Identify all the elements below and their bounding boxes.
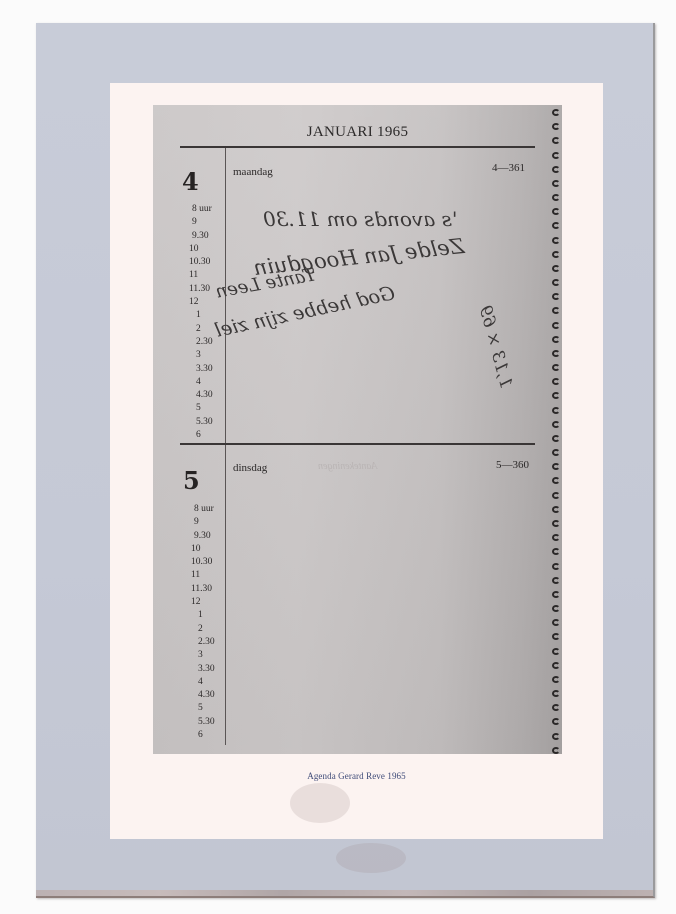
spiral-ring-icon xyxy=(552,336,560,343)
hour-slot: 12 xyxy=(189,296,213,309)
spiral-ring-icon xyxy=(552,704,560,711)
hour-slot: 4 xyxy=(191,676,215,689)
hour-slot: 5 xyxy=(191,702,215,715)
spiral-ring-icon xyxy=(552,520,560,527)
day-5-column-divider xyxy=(225,445,226,745)
hour-slot: 1 xyxy=(191,609,215,622)
spiral-ring-icon xyxy=(552,378,560,385)
spiral-ring-icon xyxy=(552,194,560,201)
spiral-ring-icon xyxy=(552,364,560,371)
spiral-ring-icon xyxy=(552,676,560,683)
spiral-ring-icon xyxy=(552,180,560,187)
spiral-ring-icon xyxy=(552,477,560,484)
hour-slot: 8 uur xyxy=(191,503,215,516)
paper-mat: JANUARI 1965 4 maandag 4—361 8 uur 9 9.3… xyxy=(110,83,603,839)
spiral-ring-icon xyxy=(552,619,560,626)
spiral-ring-icon xyxy=(552,633,560,640)
spiral-ring-icon xyxy=(552,166,560,173)
spiral-ring-icon xyxy=(552,605,560,612)
photo-caption: Agenda Gerard Reve 1965 xyxy=(110,771,603,781)
hour-slot: 2 xyxy=(191,623,215,636)
spiral-ring-icon xyxy=(552,591,560,598)
spiral-ring-icon xyxy=(552,251,560,258)
day-name-maandag: maandag xyxy=(233,166,273,178)
spiral-ring-icon xyxy=(552,222,560,229)
hour-list-day-4: 8 uur 9 9.30 10 10.30 11 11.30 12 1 2 2.… xyxy=(189,203,213,442)
hour-slot: 11 xyxy=(189,269,213,282)
day-index-4: 4—361 xyxy=(492,162,525,174)
spiral-ring-icon xyxy=(552,109,560,116)
spiral-ring-icon xyxy=(552,577,560,584)
calendar-page-photo: JANUARI 1965 4 maandag 4—361 8 uur 9 9.3… xyxy=(153,105,562,754)
spiral-ring-icon xyxy=(552,152,560,159)
header-rule xyxy=(180,146,535,148)
spiral-ring-icon xyxy=(552,322,560,329)
hour-slot: 6 xyxy=(191,729,215,742)
faint-show-through-text: Aantekeningen xyxy=(318,461,377,472)
day-number-4: 4 xyxy=(182,167,199,196)
hour-list-day-5: 8 uur 9 9.30 10 10.30 11 11.30 12 1 2 2.… xyxy=(191,503,215,742)
spiral-ring-icon xyxy=(552,534,560,541)
spiral-ring-icon xyxy=(552,279,560,286)
hour-slot: 11.30 xyxy=(189,283,213,296)
spiral-ring-icon xyxy=(552,307,560,314)
hour-slot: 1 xyxy=(189,309,213,322)
spiral-ring-icon xyxy=(552,548,560,555)
hour-slot: 4.30 xyxy=(189,389,213,402)
spiral-ring-icon xyxy=(552,435,560,442)
hour-slot: 11.30 xyxy=(191,583,215,596)
spiral-ring-icon xyxy=(552,237,560,244)
spiral-ring-icon xyxy=(552,733,560,740)
hour-slot: 10 xyxy=(189,243,213,256)
hour-slot: 5 xyxy=(189,402,213,415)
hour-slot: 2.30 xyxy=(191,636,215,649)
hour-slot: 9 xyxy=(189,216,213,229)
mounting-board: JANUARI 1965 4 maandag 4—361 8 uur 9 9.3… xyxy=(36,23,655,898)
hour-slot: 2.30 xyxy=(189,336,213,349)
spiral-binding xyxy=(550,109,562,754)
paper-stain xyxy=(290,783,350,823)
spiral-ring-icon xyxy=(552,648,560,655)
hour-slot: 9.30 xyxy=(189,230,213,243)
hour-slot: 5.30 xyxy=(189,416,213,429)
hour-slot: 4.30 xyxy=(191,689,215,702)
hour-slot: 10.30 xyxy=(189,256,213,269)
hour-slot: 9.30 xyxy=(191,530,215,543)
spiral-ring-icon xyxy=(552,293,560,300)
handwritten-note-line-1: 's avonds om 11.30 xyxy=(263,207,457,231)
hour-slot: 3.30 xyxy=(191,663,215,676)
day-divider-rule xyxy=(180,443,535,445)
hour-slot: 4 xyxy=(189,376,213,389)
hour-slot: 3 xyxy=(191,649,215,662)
spiral-ring-icon xyxy=(552,137,560,144)
spiral-ring-icon xyxy=(552,208,560,215)
spiral-ring-icon xyxy=(552,350,560,357)
spiral-ring-icon xyxy=(552,662,560,669)
hour-slot: 11 xyxy=(191,569,215,582)
hour-slot: 9 xyxy=(191,516,215,529)
hour-slot: 6 xyxy=(189,429,213,442)
spiral-ring-icon xyxy=(552,506,560,513)
hour-slot: 12 xyxy=(191,596,215,609)
hour-slot: 10.30 xyxy=(191,556,215,569)
spiral-ring-icon xyxy=(552,407,560,414)
hour-slot: 2 xyxy=(189,323,213,336)
spiral-ring-icon xyxy=(552,392,560,399)
spiral-ring-icon xyxy=(552,449,560,456)
board-stain xyxy=(336,843,406,873)
hour-slot: 5.30 xyxy=(191,716,215,729)
hour-slot: 8 uur xyxy=(189,203,213,216)
hour-slot: 10 xyxy=(191,543,215,556)
hour-slot: 3.30 xyxy=(189,363,213,376)
handwritten-margin-note: 1,13 × 69 xyxy=(475,304,516,391)
spiral-ring-icon xyxy=(552,718,560,725)
spiral-ring-icon xyxy=(552,563,560,570)
month-title: JANUARI 1965 xyxy=(153,124,562,141)
hour-slot: 3 xyxy=(189,349,213,362)
day-index-5: 5—360 xyxy=(496,459,529,471)
spiral-ring-icon xyxy=(552,265,560,272)
spiral-ring-icon xyxy=(552,747,560,754)
spiral-ring-icon xyxy=(552,492,560,499)
spiral-ring-icon xyxy=(552,421,560,428)
spiral-ring-icon xyxy=(552,463,560,470)
spiral-ring-icon xyxy=(552,123,560,130)
spiral-ring-icon xyxy=(552,690,560,697)
day-name-dinsdag: dinsdag xyxy=(233,462,267,474)
day-number-5: 5 xyxy=(183,466,200,495)
